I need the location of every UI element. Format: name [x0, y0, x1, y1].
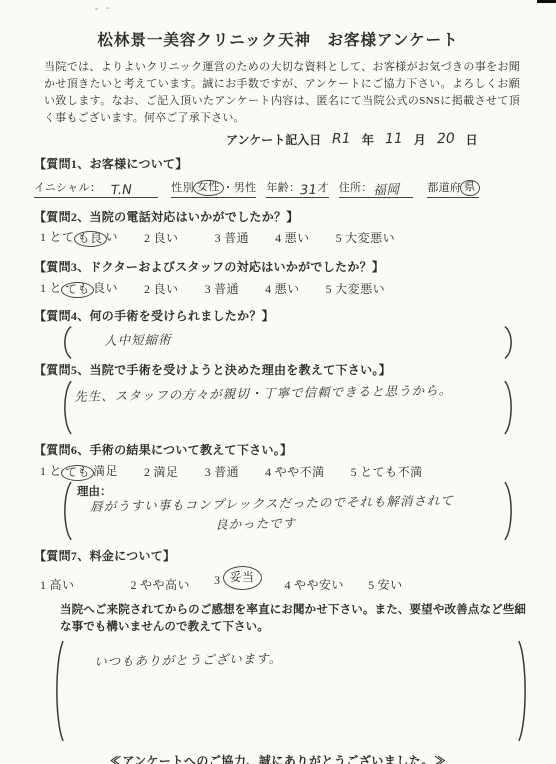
answer-bracket-left: [60, 380, 73, 435]
q1-heading: 【質問1、お客様について】: [34, 156, 522, 172]
q3-option-4: 4悪い: [265, 280, 300, 297]
q3-heading: 【質問3、ドクターおよびスタッフの対応はいかがでしたか？】: [34, 259, 522, 275]
age-unit: 才: [317, 179, 328, 195]
address-value: 福岡: [373, 185, 400, 197]
q2-option-3: 3普通: [215, 229, 250, 246]
q6-reason-box: 理由： 唇がうすい事もコンプレックスだったのでそれも解消されて 良かったです: [60, 481, 516, 541]
q7-option-2: 2やや高い: [131, 576, 191, 593]
answer-bracket-left: [60, 326, 73, 359]
q6-option-5: 5とても不満: [351, 463, 423, 480]
comment-answer-box: いつもありがとうございます。: [52, 639, 530, 743]
q3-option-5: 5大変悪い: [326, 280, 386, 297]
prefecture-selected-circle: 県: [460, 180, 479, 196]
q7-option-5: 5安い: [368, 576, 403, 593]
comment-prompt: 当院へご来院されてからのご感想を率直にお聞かせ下さい。また、要望や改善点など些細…: [60, 602, 526, 636]
date-month-unit: 月: [414, 131, 426, 148]
q7-option-3: 3妥当: [214, 569, 261, 593]
q2-option-4: 4悪い: [275, 229, 310, 246]
comment-answer-handwriting: いつもありがとうございます。: [94, 644, 530, 672]
gender-field: 性別女性・男性: [171, 179, 256, 198]
q5-answer-handwriting: 先生、スタッフの方々が親切・丁寧で信頼できると思うから。: [74, 379, 516, 407]
date-year-unit: 年: [362, 131, 374, 148]
q6-option-4: 4やや不満: [265, 463, 325, 480]
footer-thanks: ≪アンケートへのご協力、誠にありがとうございました。≫: [34, 752, 522, 764]
prefecture-field: 都道府県: [427, 179, 478, 198]
scan-speck: [95, 8, 98, 10]
gender-label: 性別: [171, 179, 194, 195]
q4-heading: 【質問4、何の手術を受けられましたか？】: [34, 308, 522, 324]
initial-field: イニシャル：T.N: [34, 179, 158, 198]
selected-answer-circle: ても: [61, 282, 94, 298]
date-label: アンケート記入日: [226, 131, 321, 148]
q4-answer-handwriting: 人中短縮術: [104, 324, 516, 351]
address-field: 住所：福岡: [339, 179, 414, 198]
selected-answer-circle: 妥当: [223, 566, 262, 590]
q2-heading: 【質問2、当院の電話対応はいかがでしたか？】: [34, 209, 522, 225]
date-day-unit: 日: [466, 131, 478, 148]
page-title: 松林景一美容クリニック天神 お客様アンケート: [34, 30, 522, 52]
q6-heading: 【質問6、手術の結果について教えて下さい。】: [34, 442, 522, 458]
intro-text: 当院では、よりよいクリニック運営のための大切な資料として、お客様がお気づきの事を…: [44, 59, 520, 127]
q1-fields-row: イニシャル：T.N 性別女性・男性 年齢：31才 住所：福岡 都道府県: [34, 177, 522, 198]
q3-option-3: 3普通: [205, 280, 240, 297]
selected-answer-circle: ても: [61, 465, 94, 481]
q7-option-1: 1高い: [40, 576, 75, 593]
answer-bracket-left: [60, 481, 73, 541]
q6-option-3: 3普通: [205, 463, 240, 480]
q2-option-5: 5大変悪い: [336, 229, 396, 246]
initial-value: T.N: [111, 185, 133, 197]
age-value: 31: [300, 185, 318, 197]
survey-scan-page: 松林景一美容クリニック天神 お客様アンケート 当院では、よりよいクリニック運営の…: [0, 0, 556, 764]
q2-options-row: 1とても良い 2良い 3普通 4悪い 5大変悪い: [34, 228, 522, 246]
age-label: 年齢：: [266, 179, 300, 195]
q3-option-1: 1とても良い: [40, 279, 118, 297]
date-month-value: 11: [385, 131, 403, 148]
q7-option-4: 4やや安い: [285, 576, 345, 593]
scan-artifact-bar: [537, 0, 556, 3]
q7-heading: 【質問7、料金について】: [34, 548, 522, 564]
q2-option-2: 2良い: [144, 229, 179, 246]
q2-option-1: 1とても良い: [40, 228, 118, 246]
q3-options-row: 1とても良い 2良い 3普通 4悪い 5大変悪い: [34, 279, 522, 297]
age-field: 年齢：31才: [266, 179, 328, 198]
q6-options-row: 1とても満足 2満足 3普通 4やや不満 5とても不満: [34, 462, 522, 480]
survey-date-line: アンケート記入日 R1 年 11 月 20 日: [34, 131, 522, 150]
selected-answer-circle: も良: [74, 231, 107, 247]
gender-selected-circle: 女性: [193, 180, 224, 196]
answer-bracket-left: [52, 639, 65, 743]
q7-options-row: 1高い 2やや高い 3妥当 4やや安い 5安い: [34, 571, 522, 593]
gender-male-option: ・男性: [223, 179, 257, 195]
q5-heading: 【質問5、当院で手術を受けようと決めた理由を教えて下さい。】: [34, 362, 522, 378]
q6-option-2: 2満足: [144, 463, 179, 480]
initial-label: イニシャル：: [34, 179, 101, 195]
address-label: 住所：: [339, 179, 373, 195]
prefecture-label: 都道府: [427, 179, 461, 195]
q6-option-1: 1とても満足: [40, 462, 118, 480]
q5-answer-box: 先生、スタッフの方々が親切・丁寧で信頼できると思うから。: [60, 380, 516, 435]
scan-speck: [106, 7, 109, 9]
date-day-value: 20: [437, 131, 455, 148]
date-year-value: R1: [332, 131, 351, 148]
q4-answer-box: 人中短縮術: [60, 326, 516, 359]
q3-option-2: 2良い: [144, 280, 179, 297]
